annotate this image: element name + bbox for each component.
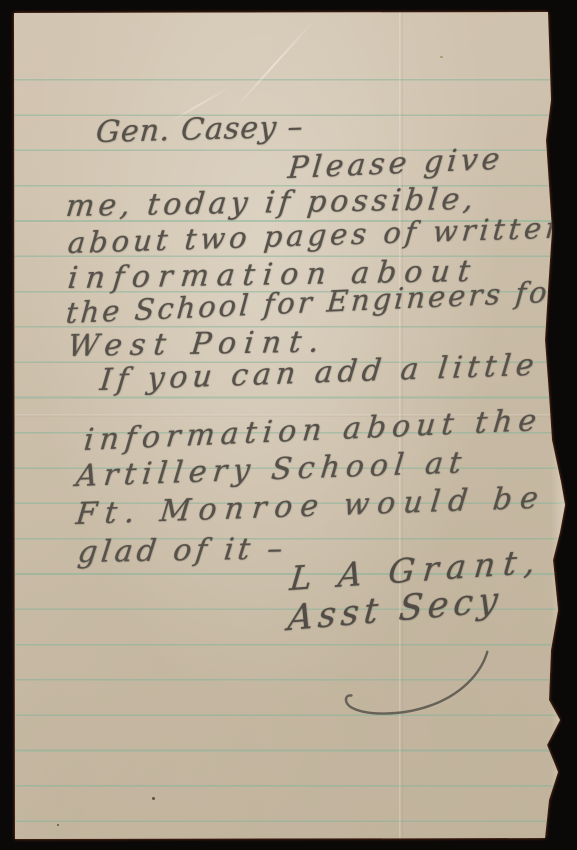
paper-stain xyxy=(440,56,443,58)
torn-edge xyxy=(551,72,567,839)
letter-page-wrap: Gen. Casey – Please give me, today if po… xyxy=(14,12,567,840)
scan-background: Gen. Casey – Please give me, today if po… xyxy=(0,0,577,850)
paper-speck xyxy=(152,797,155,800)
salutation: Gen. Casey – xyxy=(95,111,305,151)
paper-speck xyxy=(57,824,59,826)
signature-flourish xyxy=(336,648,498,724)
letter-page: Gen. Casey – Please give me, today if po… xyxy=(14,12,567,839)
handwriting-line: glad of it – xyxy=(76,532,288,570)
